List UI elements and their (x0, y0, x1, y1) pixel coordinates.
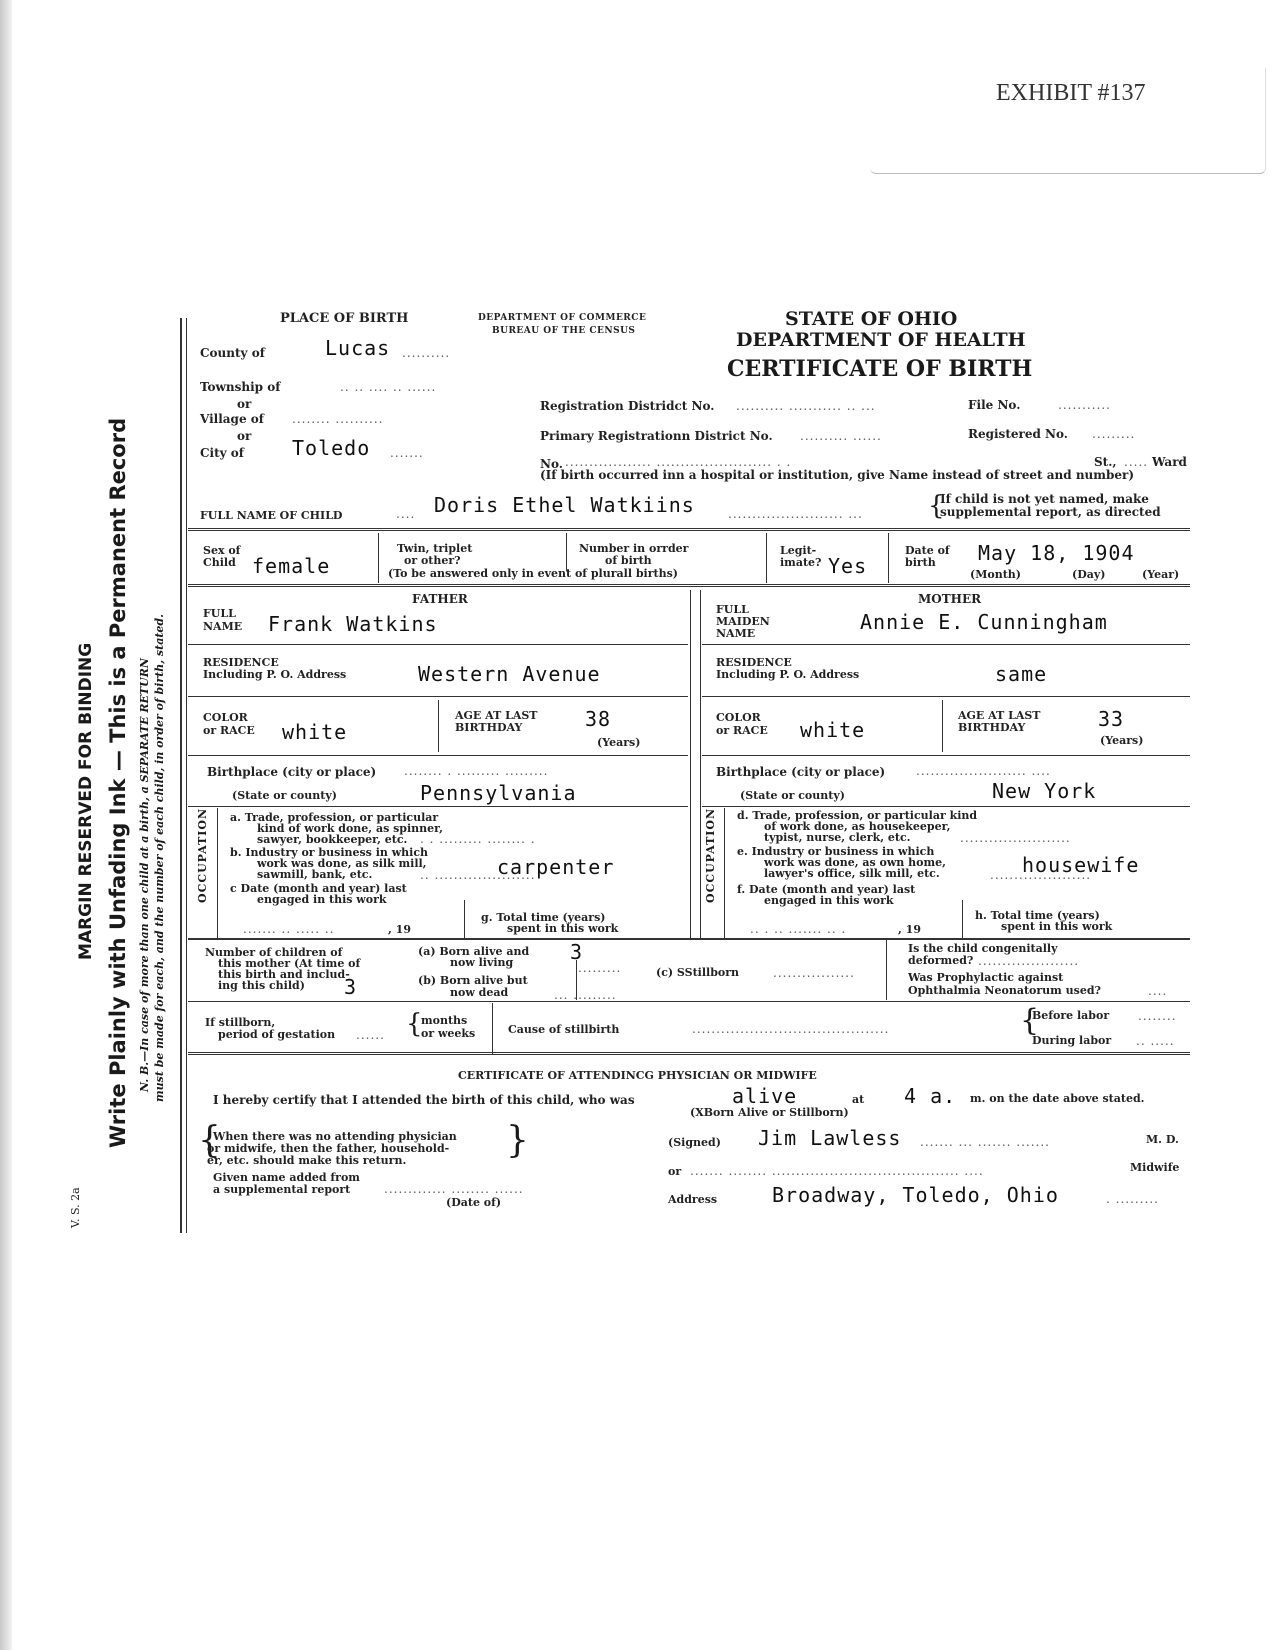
father-age-unit: (Years) (597, 737, 640, 748)
father-name-label-2: NAME (203, 621, 242, 632)
given-name-2: a supplemental report (213, 1184, 350, 1195)
gestation-months: months (421, 1015, 467, 1026)
during-labor: During labor (1032, 1035, 1111, 1046)
dob-label-1: Date of (905, 545, 950, 556)
mother-name-label-2: MAIDEN (716, 616, 770, 627)
city-dots: ....... (390, 446, 424, 460)
no-physician-brace-right: } (506, 1128, 529, 1154)
father-state-value: Pennsylvania (420, 781, 577, 805)
mother-occ-f-dots: .. . .. ....... .. . (750, 922, 846, 936)
mother-state-label: (State or county) (740, 790, 845, 801)
divider-h (188, 755, 688, 756)
md-label: M. D. (1146, 1134, 1179, 1145)
divider-h (702, 755, 1190, 756)
exhibit-label: EXHIBIT #137 (996, 80, 1146, 107)
father-residence-value: Western Avenue (418, 662, 601, 686)
divider-parents (188, 584, 1190, 590)
mother-heading: MOTHER (918, 593, 981, 605)
signed-label: (Signed) (668, 1137, 721, 1148)
no-physician-3: er, etc. should make this return. (207, 1155, 406, 1166)
parents-divider (690, 590, 691, 940)
father-state-label: (State or county) (232, 790, 337, 801)
dob-day: (Day) (1072, 569, 1105, 580)
at-label: at (852, 1094, 864, 1105)
mother-occ-e-dots: ..................... (990, 868, 1091, 882)
mother-age-label-1: AGE AT LAST (958, 710, 1041, 721)
date-of-label: (Date of) (446, 1197, 501, 1208)
gestation-dots: ...... (356, 1028, 385, 1042)
mother-color-label-1: COLOR (716, 712, 761, 723)
legit-value: Yes (828, 554, 867, 578)
father-age-value: 38 (585, 707, 611, 731)
scan-edge (0, 0, 12, 1650)
city-label: City of (200, 447, 244, 459)
child-name-value: Doris Ethel Watkiins (434, 493, 695, 517)
mother-occ-f2: engaged in this work (764, 895, 894, 906)
place-of-birth-heading: PLACE OF BIRTH (280, 313, 408, 325)
born-alive-label-2: now living (450, 957, 513, 968)
ward-label: Ward (1152, 456, 1187, 468)
county-label: County of (200, 347, 265, 359)
mother-occ-d3: typist, nurse, clerk, etc. (764, 832, 910, 843)
father-birthplace-dots: ........ . ......... ......... (404, 764, 548, 778)
mother-birthplace-label: Birthplace (city or place) (716, 766, 885, 778)
father-occ-b3: sawmill, bank, etc. (257, 869, 372, 880)
born-alive-dots: ......... (578, 961, 621, 975)
father-residence-label-1: RESIDENCE (203, 657, 279, 668)
alive-value: alive (732, 1084, 797, 1108)
father-occ-a3: sawyer, bookkeeper, etc. (257, 834, 407, 845)
dept-commerce: DEPARTMENT OF COMMERCE (478, 314, 646, 323)
certify-text: I hereby certify that I attended the bir… (213, 1094, 635, 1106)
mother-birthplace-dots: ....................... .... (916, 764, 1051, 778)
divider-v (464, 900, 465, 938)
gestation-label-2: period of gestation (218, 1029, 335, 1040)
before-labor: Before labor (1032, 1010, 1109, 1021)
divider-stillborn (188, 1001, 1190, 1002)
father-color-label-1: COLOR (203, 712, 248, 723)
mother-name-label-3: NAME (716, 628, 755, 639)
divider-v (576, 960, 577, 1000)
village-dots: ........ .......... (292, 412, 383, 426)
gestation-weeks: or weeks (421, 1028, 475, 1039)
no-physician-1: When there was no attending physician (213, 1131, 457, 1142)
time-suffix: m. on the date above stated. (970, 1093, 1144, 1104)
not-named-note-2: supplemental report, as directed (940, 506, 1161, 518)
form-border-left-inner (186, 318, 187, 1233)
born-note: (XBorn Alive or Stillborn) (690, 1107, 849, 1118)
mother-name-label-1: FULL (716, 604, 749, 615)
stillborn-count-label: (c) SStillborn (656, 967, 739, 978)
mother-occupation-vertical: OCCUPATION (704, 808, 717, 903)
mother-age-label-2: BIRTHDAY (958, 722, 1025, 733)
deformed-label-2: deformed? (908, 955, 973, 966)
divider-children (188, 938, 1190, 940)
father-occ-c2: engaged in this work (257, 894, 387, 905)
twin-label-1: Twin, triplet (397, 543, 472, 554)
township-dots: .. .. .... .. ...... (340, 380, 436, 394)
father-residence-label-2: Including P. O. Address (203, 669, 346, 680)
form-border-left (180, 318, 182, 1233)
mother-age-value: 33 (1098, 707, 1124, 731)
mother-color-value: white (800, 718, 865, 742)
order-label-2: of birth (605, 555, 652, 566)
child-name-dots: ........................ ... (728, 507, 863, 521)
time-value: 4 a. (904, 1084, 956, 1108)
midwife-dots: ....... ........ .......................… (690, 1164, 984, 1178)
divider-v (962, 900, 963, 938)
address-dots: . ......... (1106, 1192, 1159, 1206)
prophylactic-label-1: Was Prophylactic against (908, 972, 1063, 983)
divider-v (217, 808, 218, 938)
during-labor-dots: .. ..... (1136, 1034, 1175, 1048)
dob-year: (Year) (1142, 569, 1179, 580)
father-occ-g2: spent in this work (507, 923, 618, 934)
children-label-4: ing this child) (218, 980, 305, 991)
city-value: Toledo (292, 436, 370, 460)
divider-v (766, 533, 767, 583)
divider-h (188, 806, 688, 807)
father-age-label-2: BIRTHDAY (455, 722, 522, 733)
father-color-value: white (282, 720, 347, 744)
divider-v (438, 700, 439, 752)
divider-h (702, 696, 1190, 697)
gestation-label-1: If stillborn, (205, 1017, 275, 1028)
file-no-dots: ........... (1058, 398, 1111, 412)
born-dead-label-1: (b) Born alive but (418, 975, 528, 986)
physician-heading: CERTIFICATE OF ATTENDINCG PHYSICIAN OR M… (458, 1070, 817, 1081)
township-label: Township of (200, 381, 280, 393)
form-code: V. S. 2a (70, 1187, 81, 1228)
divider-v (566, 533, 567, 571)
mother-residence-label-2: Including P. O. Address (716, 669, 859, 680)
divider-v (724, 808, 725, 938)
mother-occ-e3: lawyer's office, silk mill, etc. (764, 868, 940, 879)
not-named-note-1: If child is not yet named, make (940, 493, 1149, 505)
sex-label-1: Sex of (203, 545, 240, 556)
father-occupation-vertical: OCCUPATION (196, 808, 209, 903)
children-total-value: 3 (344, 975, 357, 999)
plural-note: (To be answered only in event of plurall… (388, 568, 678, 579)
address-label: Address (668, 1194, 717, 1205)
divider-h (702, 806, 1190, 807)
primary-reg-dots: .......... ...... (800, 429, 882, 443)
mother-residence-value: same (995, 662, 1047, 686)
mother-occ-f3: , 19 (898, 924, 921, 935)
father-occ-c-dots: ....... .. ..... .. (243, 922, 334, 936)
divider-h (702, 644, 1190, 645)
before-labor-dots: ........ (1138, 1009, 1177, 1023)
cause-stillbirth-label: Cause of stillbirth (508, 1024, 619, 1035)
legit-label-1: Legit- (780, 545, 816, 556)
or-label: or (668, 1166, 681, 1177)
father-name-label-1: FULL (203, 608, 236, 619)
prophylactic-label-2: Ophthalmia Neonatorum used? (908, 985, 1101, 996)
father-birthplace-label: Birthplace (city or place) (207, 766, 376, 778)
no-physician-2: or midwife, then the father, household- (207, 1143, 449, 1154)
margin-reserved-text: MARGIN RESERVED FOR BINDING (76, 643, 96, 960)
village-label: Village of (200, 413, 264, 425)
prophylactic-dots: .... (1148, 984, 1167, 998)
divider-v (942, 700, 943, 752)
mother-age-unit: (Years) (1100, 735, 1143, 746)
child-name-label: FULL NAME OF CHILD (200, 510, 342, 521)
ward-dots: ..... (1124, 455, 1148, 469)
given-name-dots: ............. ........ ...... (384, 1182, 524, 1196)
born-dead-label-2: now dead (450, 987, 508, 998)
stillborn-count-dots: ................. (773, 966, 855, 980)
legit-label-2: imate? (780, 557, 821, 568)
margin-note-2: must be made for each, and the number of… (153, 614, 166, 1102)
or-1: or (237, 398, 251, 410)
given-name-1: Given name added from (213, 1172, 360, 1183)
county-dots: .......... (402, 346, 450, 360)
reg-district-label: Registration Distridct No. (540, 400, 714, 412)
county-value: Lucas (325, 336, 390, 360)
hospital-note: (If birth occurred inn a hospital or ins… (540, 469, 1134, 481)
mother-color-label-2: or RACE (716, 725, 768, 736)
father-age-label-1: AGE AT LAST (455, 710, 538, 721)
child-name-dots-pre: .... (396, 507, 415, 521)
no-dots: .................. .....................… (565, 455, 791, 469)
registered-no-dots: ......... (1092, 427, 1135, 441)
address-value: Broadway, Toledo, Ohio (772, 1183, 1059, 1207)
father-occ-b-dots: .. ..................... (420, 868, 536, 882)
twin-label-2: or other? (404, 555, 461, 566)
father-color-label-2: or RACE (203, 725, 255, 736)
mother-name-value: Annie E. Cunningham (860, 610, 1108, 634)
divider-v (378, 533, 379, 583)
certificate-title: CERTIFICATE OF BIRTH (727, 356, 1032, 382)
mother-occ-h2: spent in this work (1001, 921, 1112, 932)
file-no-label: File No. (968, 399, 1020, 411)
margin-instruction: Write Plainly with Unfading Ink — This i… (106, 418, 130, 1148)
primary-reg-label: Primary Registrationn District No. (540, 430, 773, 442)
signed-dots: ....... ... ....... ....... (920, 1135, 1050, 1149)
mother-occ-d-dots: ....................... (960, 831, 1071, 845)
or-2: or (237, 430, 251, 442)
born-dead-dots: ... ......... (554, 988, 617, 1002)
parents-divider-2 (700, 590, 701, 940)
divider-h (188, 696, 688, 697)
mother-state-value: New York (992, 779, 1096, 803)
divider-v (888, 533, 889, 583)
divider-v (492, 1003, 493, 1055)
order-label-1: Number in orrder (579, 543, 688, 554)
father-heading: FATHER (412, 593, 468, 605)
deformed-label-1: Is the child congenitally (908, 943, 1058, 954)
st-label: St., (1094, 456, 1117, 468)
bureau-census: BUREAU OF THE CENSUS (492, 327, 635, 336)
dob-value: May 18, 1904 (978, 541, 1135, 565)
sex-value: female (252, 554, 330, 578)
divider-child (188, 528, 1190, 534)
dob-label-2: birth (905, 557, 936, 568)
cause-stillbirth-dots: ........................................… (692, 1022, 889, 1036)
divider-physician (188, 1052, 1190, 1058)
registered-no-label: Registered No. (968, 428, 1068, 440)
sex-label-2: Child (203, 557, 236, 568)
father-occ-c3: , 19 (388, 924, 411, 935)
reg-district-dots: .......... ........... .. ... (736, 399, 876, 413)
divider-h (188, 644, 688, 645)
father-name-value: Frank Watkins (268, 612, 438, 636)
department-title: DEPARTMENT OF HEALTH (736, 329, 1026, 351)
deformed-dots: ..................... (978, 954, 1079, 968)
margin-note-1: N. B.—In case of more than one child at … (138, 658, 151, 1092)
signed-value: Jim Lawless (758, 1126, 901, 1150)
dob-month: (Month) (970, 569, 1021, 580)
midwife-label: Midwife (1130, 1162, 1179, 1173)
mother-residence-label-1: RESIDENCE (716, 657, 792, 668)
divider-v (886, 940, 887, 1000)
father-occ-a-dots: . . ......... ........ . (420, 832, 536, 846)
state-title: STATE OF OHIO (785, 308, 957, 330)
